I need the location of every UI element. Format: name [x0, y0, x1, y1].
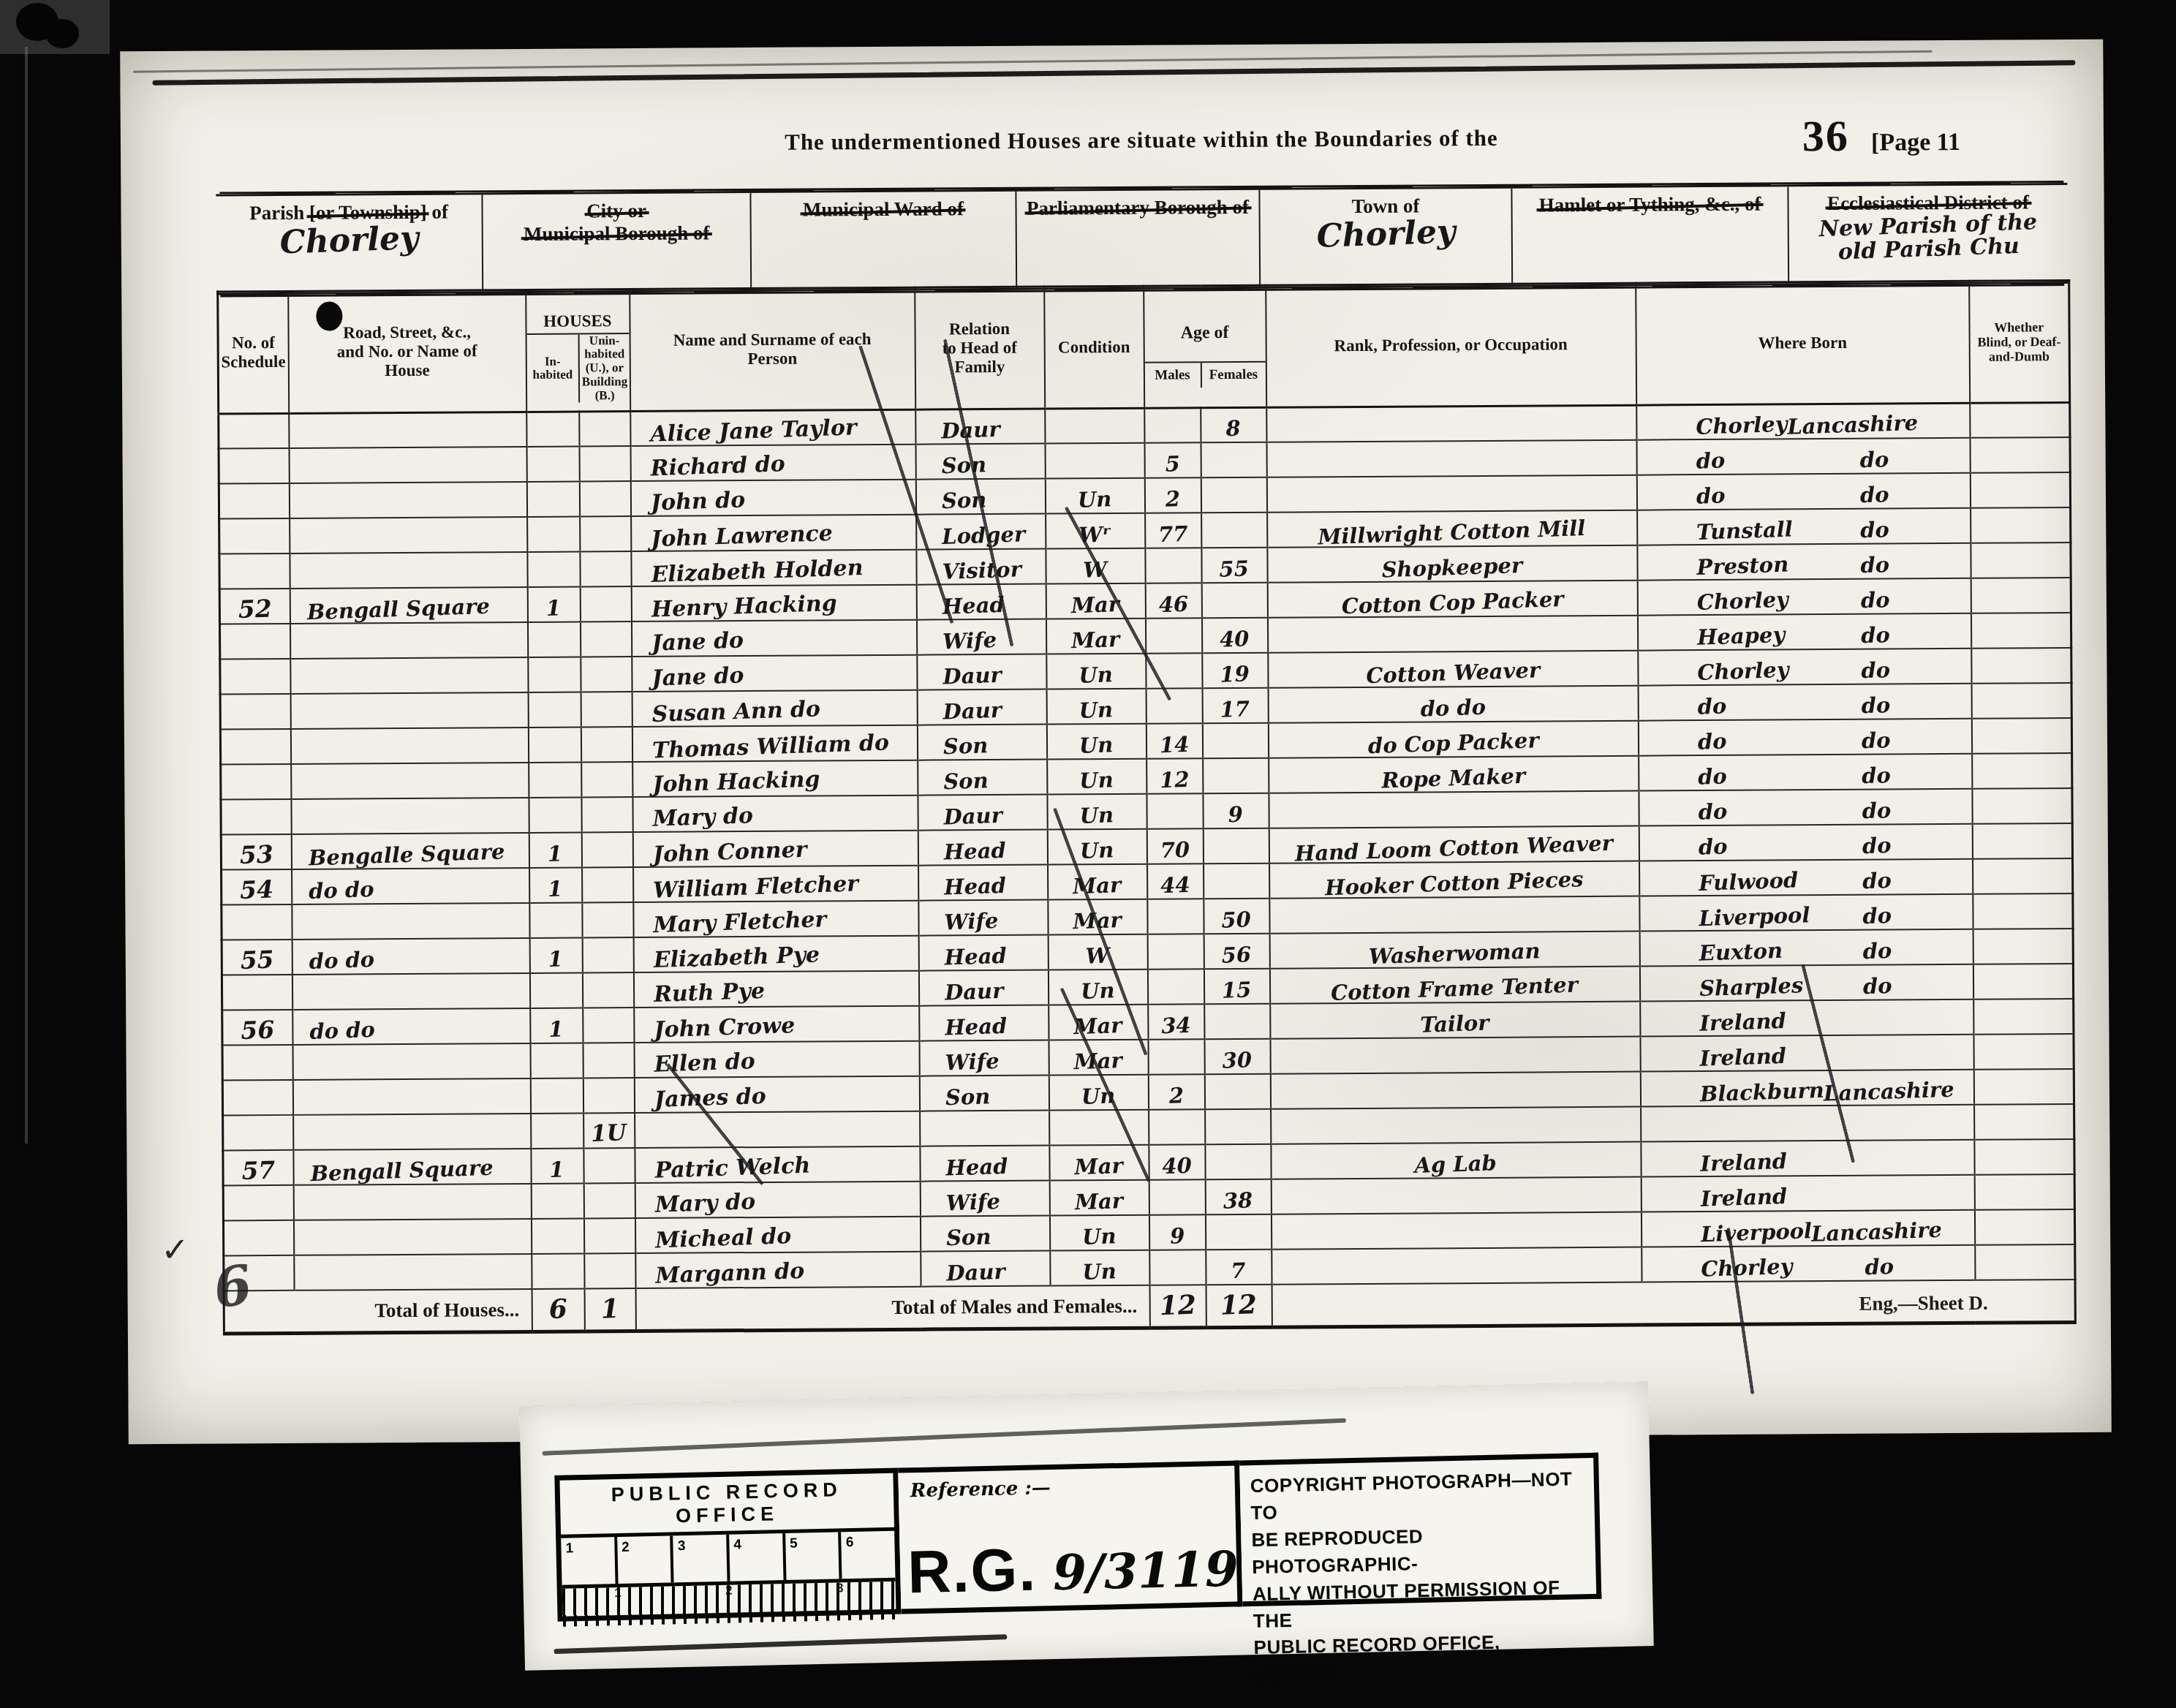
age-male-cell: 9 [1149, 1214, 1205, 1250]
name-cell-value: Henry Hacking [651, 593, 837, 624]
occupation-cell: Hooker Cotton Pieces [1269, 861, 1639, 899]
uninhabited-cell [582, 937, 633, 972]
schedule-cell [219, 624, 290, 660]
age-female-cell-value: 19 [1220, 663, 1250, 687]
born-value: Liverpool [1700, 1220, 1812, 1247]
condition-cell-value: Un [1082, 1225, 1117, 1250]
age-female-cell [1203, 828, 1269, 864]
schedule-cell [223, 1185, 293, 1221]
census-table-body: Alice Jane TaylorDaur8ChorleyLancashireR… [219, 402, 2075, 1291]
uninhabited-cell [583, 1218, 635, 1253]
uninhabited-cell [581, 692, 632, 727]
born-cell: Ireland [1641, 1175, 1974, 1212]
street-cell [291, 763, 529, 799]
relation-cell: Wife [919, 1040, 1049, 1076]
inhabited-cell [532, 1253, 584, 1288]
name-cell-value: William Fletcher [652, 873, 858, 904]
born-value: Lancashire [1786, 412, 1918, 440]
born-value: do [1697, 695, 1727, 719]
uninhabited-cell-value: 1U [591, 1122, 627, 1148]
name-cell-value: John Hacking [651, 768, 820, 798]
age-female-cell-value: 40 [1220, 628, 1250, 652]
name-cell-value: Margann do [654, 1261, 804, 1290]
age-male-cell: 46 [1145, 583, 1201, 618]
age-female-cell-value: 17 [1220, 698, 1250, 722]
infirm-cell [1973, 858, 2073, 894]
age-female-cell: 9 [1203, 793, 1269, 829]
name-cell: Jane do [631, 620, 916, 657]
ruler-inch-segment: 6 [841, 1531, 895, 1579]
born-value: do [1697, 730, 1727, 755]
infirm-cell [1970, 402, 2070, 438]
label-text: of [427, 201, 448, 223]
relation-cell [920, 1111, 1049, 1146]
occupation-cell: do Cop Packer [1268, 721, 1638, 758]
relation-cell-value: Daur [942, 700, 1002, 725]
relation-cell-value: Head [944, 945, 1007, 971]
born-value: do [1862, 835, 1892, 859]
name-cell-value: Susan Ann do [651, 698, 820, 728]
born-value: Tunstall [1696, 519, 1793, 545]
name-cell-value: Alice Jane Taylor [649, 417, 856, 448]
census-form-page: The undermentioned Houses are situate wi… [120, 39, 2112, 1445]
reference-number: 9/3119 [1052, 1540, 1239, 1601]
uninhabited-cell [581, 797, 632, 832]
infirm-cell [1971, 683, 2071, 719]
age-male-cell [1147, 934, 1204, 969]
col-header-inhabited: In- habited [526, 334, 579, 403]
district-handwritten-value: Chorley [1316, 217, 1456, 252]
born-value: Liverpool [1698, 904, 1810, 932]
infirm-cell [1973, 1069, 2074, 1105]
condition-cell-value: Un [1079, 769, 1114, 794]
born-value: Ireland [1700, 1151, 1787, 1177]
name-cell-value: Mary Fletcher [653, 909, 827, 939]
occupation-cell-value: Cotton Cop Packer [1341, 589, 1564, 619]
occupation-cell: Rope Maker [1269, 756, 1639, 793]
name-cell [635, 1111, 920, 1148]
ink-blob [45, 19, 79, 48]
born-value: Blackburn [1699, 1080, 1824, 1108]
relation-cell: Daur [921, 1251, 1050, 1287]
born-values: dodo [1639, 835, 1971, 861]
district-box: Hamlet or Tything, &c., of [1511, 186, 1788, 284]
relation-cell: Wife [918, 900, 1048, 936]
name-cell: Mary do [632, 796, 918, 832]
relation-cell-value: Wife [945, 1191, 1000, 1217]
col-header-occupation: Rank, Profession, or Occupation [1266, 283, 1636, 407]
relation-cell-value: Son [945, 1086, 990, 1111]
born-cell: dodo [1639, 754, 1972, 791]
street-cell [290, 622, 527, 659]
inhabited-cell-value: 1 [548, 1019, 564, 1043]
age-female-cell: 7 [1206, 1250, 1272, 1285]
occupation-cell [1270, 1037, 1640, 1074]
name-cell: Mary Fletcher [633, 901, 918, 937]
col-header-infirm: Whether Blind, or Deaf- and-Dumb [1969, 281, 2070, 403]
age-male-cell-value: 12 [1160, 769, 1190, 793]
name-cell: James do [634, 1076, 919, 1113]
name-cell: Mary do [635, 1182, 920, 1218]
occupation-cell: do do [1268, 686, 1638, 723]
born-values: LiverpoolLancashire [1642, 1221, 1974, 1247]
born-value: Lancashire [1811, 1220, 1943, 1247]
relation-cell-value: Daur [940, 419, 1000, 445]
street-cell [290, 657, 528, 694]
inhabited-cell [529, 972, 582, 1008]
age-female-cell: 15 [1204, 969, 1269, 1005]
infirm-cell [1972, 788, 2072, 824]
census-scan-canvas: The undermentioned Houses are situate wi… [0, 0, 2176, 1708]
born-values: dodo [1637, 484, 1969, 510]
street-cell [290, 552, 527, 589]
infirm-cell [1973, 964, 2073, 1000]
age-male-cell [1145, 618, 1201, 653]
schedule-cell: 54 [222, 869, 292, 905]
born-value: Ireland [1699, 1046, 1786, 1072]
inhabited-cell [531, 1183, 583, 1218]
inhabited-cell-value: 1 [548, 843, 563, 867]
street-cell: do do [292, 1008, 530, 1045]
relation-cell: Head [918, 830, 1047, 866]
relation-cell: Lodger [916, 514, 1046, 550]
uninhabited-cell [582, 867, 633, 902]
born-value: Chorley [1696, 660, 1788, 686]
born-value: do [1860, 624, 1890, 649]
occupation-cell-value: Cotton Weaver [1366, 660, 1541, 689]
ruler-inches: 123456 [561, 1527, 896, 1589]
occupation-cell: Millwright Cotton Mill [1267, 510, 1637, 548]
total-males: 12 [1149, 1285, 1206, 1327]
occupation-cell [1266, 440, 1636, 477]
ruler-cm-number: 1 [614, 1586, 622, 1601]
col-header-houses: HOUSES In- habited Unin- habited (U.), o… [526, 290, 630, 412]
street-cell [290, 728, 528, 764]
uninhabited-cell [583, 1148, 635, 1183]
born-cell: Prestondo [1637, 543, 1971, 581]
street-cell [294, 1254, 532, 1291]
inhabited-cell [530, 1043, 583, 1078]
district-row: Parish [or Township] ofChorleyCity orMun… [216, 183, 2068, 295]
condition-cell-value: Un [1078, 488, 1112, 513]
relation-cell: Head [918, 935, 1048, 971]
uninhabited-cell [579, 481, 630, 516]
name-cell: Henry Hacking [631, 585, 916, 621]
condition-cell: Wʳ [1046, 513, 1145, 549]
born-value: do [1862, 905, 1892, 929]
condition-cell: Un [1047, 759, 1146, 795]
infirm-cell [1971, 718, 2071, 754]
inhabited-cell [526, 446, 579, 481]
age-female-cell [1204, 1004, 1270, 1040]
age-male-cell: 2 [1144, 477, 1201, 513]
relation-cell: Son [915, 444, 1045, 480]
schedule-cell [219, 553, 290, 589]
relation-cell-value: Wife [945, 1051, 1000, 1076]
schedule-cell [223, 1220, 293, 1256]
age-female-cell [1204, 1074, 1270, 1110]
condition-cell: Mar [1048, 864, 1147, 900]
street-cell-value: do do [308, 879, 374, 904]
born-values: dodo [1639, 730, 1971, 755]
age-male-cell [1147, 969, 1204, 1004]
total-inhabited: 6 [532, 1288, 584, 1331]
age-female-cell [1204, 864, 1269, 899]
name-cell: John Crowe [634, 1006, 919, 1043]
born-values: ChorleyLancashire [1637, 414, 1969, 439]
district-box-label: Parliamentary Borough of [1016, 196, 1258, 220]
inhabited-cell: 1 [529, 867, 582, 902]
condition-cell: Un [1046, 689, 1146, 725]
street-cell: Bengall Square [293, 1149, 531, 1185]
age-male-cell: 44 [1147, 864, 1204, 899]
age-female-cell: 30 [1204, 1039, 1270, 1075]
occupation-cell [1272, 1247, 1642, 1285]
inhabited-cell [528, 692, 581, 727]
condition-cell-value: Un [1082, 1261, 1117, 1285]
born-values: Prestondo [1638, 554, 1970, 580]
inhabited-cell [527, 551, 580, 586]
relation-cell: Daur [918, 970, 1048, 1006]
occupation-cell: Washerwoman [1269, 932, 1639, 969]
infirm-cell [1971, 613, 2071, 649]
born-cell: dodo [1639, 824, 1972, 861]
street-cell [292, 1078, 530, 1115]
uninhabited-cell [581, 832, 632, 867]
age-male-cell-value: 40 [1162, 1155, 1192, 1179]
born-value: do [1865, 1256, 1894, 1280]
age-female-cell-value: 9 [1228, 804, 1243, 828]
infirm-cell [1972, 753, 2072, 789]
age-male-cell [1147, 899, 1204, 934]
inhabited-cell [531, 1218, 583, 1253]
age-female-cell [1201, 583, 1267, 619]
schedule-cell [222, 1045, 292, 1081]
born-cell: Euxtondo [1639, 929, 1973, 967]
name-cell-value: Mary do [652, 805, 753, 833]
infirm-cell [1975, 1244, 2075, 1280]
born-value: do [1698, 836, 1728, 860]
age-male-cell: 5 [1144, 442, 1201, 477]
occupation-cell [1271, 1107, 1641, 1144]
relation-cell-value: Visitor [942, 559, 1021, 585]
born-value: Sharples [1699, 975, 1803, 1002]
name-cell-value: Mary do [654, 1191, 755, 1219]
uninhabited-cell [579, 446, 630, 481]
age-male-cell-value: 34 [1161, 1015, 1191, 1039]
houses-label: HOUSES [526, 309, 629, 335]
street-cell [289, 482, 526, 518]
age-female-cell [1201, 513, 1267, 548]
district-box-label: Municipal Borough of [483, 222, 750, 246]
born-value: do [1860, 554, 1890, 578]
col-header-condition: Condition [1044, 286, 1144, 408]
condition-cell: Un [1048, 970, 1147, 1005]
uninhabited-cell [580, 586, 631, 621]
inhabited-cell [529, 902, 582, 937]
age-female-cell: 50 [1204, 899, 1269, 934]
schedule-cell [222, 975, 292, 1010]
age-male-cell [1149, 1250, 1206, 1285]
infirm-cell [1974, 1209, 2074, 1245]
schedule-cell [220, 729, 290, 765]
page-number-label: [Page 11 [1871, 129, 1960, 156]
relation-cell-value: Son [945, 1226, 991, 1251]
district-box: Town ofChorley [1258, 189, 1511, 287]
infirm-cell [1974, 1174, 2074, 1210]
age-male-cell [1149, 1179, 1205, 1214]
age-male-cell: 40 [1149, 1144, 1205, 1179]
col-header-females: Females [1200, 362, 1265, 388]
born-cell: Heapeydo [1637, 613, 1971, 651]
age-male-cell: 70 [1146, 828, 1203, 864]
street-cell: do do [292, 938, 529, 975]
age-male-cell: 2 [1148, 1074, 1204, 1109]
schedule-cell [223, 1115, 293, 1151]
relation-cell-value: Daur [943, 805, 1002, 831]
col-header-relation: Relation to Head of Family [915, 287, 1045, 409]
occupation-cell-value: Cotton Frame Tenter [1331, 974, 1579, 1005]
born-values: dodo [1639, 695, 1971, 720]
name-cell: Margann do [635, 1252, 921, 1288]
ruler-cm-number: 2 [725, 1584, 733, 1598]
name-cell-value: Ruth Pye [653, 980, 765, 1008]
born-value: Ireland [1699, 1010, 1786, 1037]
name-cell: Ruth Pye [633, 971, 918, 1008]
infirm-cell [1974, 1139, 2074, 1175]
born-value: Chorley [1696, 589, 1788, 616]
born-value: do [1862, 975, 1892, 1000]
condition-cell-value: Un [1079, 699, 1114, 724]
born-values: Chorleydo [1638, 589, 1970, 615]
ruler-inch-segment: 1 [561, 1537, 618, 1585]
name-cell-value: Jane do [651, 630, 744, 657]
born-values: Ireland [1641, 1046, 1973, 1071]
born-value: Preston [1696, 554, 1789, 581]
age-female-cell-value: 15 [1222, 979, 1252, 1003]
occupation-cell [1267, 616, 1637, 653]
age-female-cell-value: 8 [1225, 418, 1241, 442]
schedule-cell-value: 54 [239, 877, 273, 904]
relation-cell: Head [920, 1146, 1049, 1182]
name-cell: Elizabeth Holden [631, 550, 916, 586]
relation-cell-value: Head [944, 1016, 1007, 1041]
condition-cell-value: Un [1079, 804, 1114, 829]
name-cell-value: Richard do [650, 453, 785, 482]
street-cell [293, 1184, 531, 1220]
born-cell: Chorleydo [1642, 1245, 1975, 1282]
district-box: Ecclesiastical District ofNew Parish of … [1787, 185, 2068, 283]
condition-cell-value: Un [1078, 664, 1113, 689]
ink-blot [316, 301, 342, 330]
uninhabited-cell [580, 516, 631, 551]
uninhabited-cell: 1U [583, 1113, 635, 1148]
born-value [1893, 1187, 1894, 1210]
born-value: do [1697, 766, 1727, 790]
struck-label-text: Hamlet or Tything, &c., of [1539, 193, 1761, 216]
born-value: Heapey [1696, 624, 1785, 651]
born-values: Ireland [1641, 1010, 1973, 1036]
col-header-born: Where Born [1636, 281, 1970, 404]
street-cell-value: Bengall Square [306, 596, 490, 625]
copyright-box: COPYRIGHT PHOTOGRAPH—NOT TO BE REPRODUCE… [1239, 1453, 1601, 1607]
inhabited-cell [526, 481, 579, 516]
born-values: Euxtondo [1640, 940, 1972, 966]
born-cell: Ireland [1641, 1140, 1974, 1177]
born-value [1892, 1152, 1893, 1175]
age-male-cell-value: 44 [1160, 874, 1190, 899]
name-cell: Susan Ann do [632, 690, 917, 727]
uninhabited-cell [583, 1043, 634, 1078]
name-cell: Richard do [630, 445, 915, 481]
schedule-cell-value: 56 [241, 1017, 275, 1045]
schedule-cell: 56 [222, 1010, 292, 1046]
uninhabited-cell [583, 1183, 635, 1218]
inhabited-cell: 1 [529, 937, 582, 972]
label-text: Parish [249, 202, 309, 224]
condition-cell-value: Un [1081, 980, 1115, 1005]
col-header-uninhabited: Unin- habited (U.), or Building (B.) [578, 334, 630, 403]
occupation-cell: Cotton Weaver [1268, 651, 1638, 688]
infirm-cell [1971, 648, 2071, 684]
hand-rule-line [152, 60, 2075, 86]
schedule-cell [219, 483, 289, 519]
born-value: do [1860, 589, 1890, 613]
relation-cell: Head [919, 1005, 1049, 1041]
col-header-males: Males [1144, 363, 1200, 388]
name-cell: John Lawrence [631, 515, 916, 551]
occupation-cell: Hand Loom Cotton Weaver [1269, 826, 1639, 864]
ruler-cm-number: 3 [836, 1581, 844, 1595]
born-cell: ChorleyLancashire [1636, 403, 1970, 440]
schedule-cell [222, 1080, 292, 1116]
condition-cell-value: Un [1079, 734, 1114, 759]
relation-cell-value: Lodger [941, 524, 1025, 550]
occupation-cell [1269, 791, 1639, 828]
inhabited-cell [531, 1113, 583, 1148]
uninhabited-cell [580, 621, 631, 657]
schedule-cell-value: 52 [238, 596, 272, 624]
street-cell [292, 973, 529, 1010]
relation-cell: Daur [917, 654, 1046, 690]
ruler-inch-segment: 4 [729, 1533, 786, 1582]
infirm-cell [1971, 543, 2071, 578]
age-female-cell-value: 56 [1222, 944, 1252, 968]
age-male-cell [1144, 407, 1201, 442]
name-cell-value: Micheal do [654, 1225, 791, 1254]
pro-office-label: PUBLIC RECORD OFFICE [559, 1473, 894, 1530]
inhabited-cell-value: 1 [548, 878, 563, 902]
born-cell: BlackburnLancashire [1640, 1070, 1973, 1107]
schedule-cell [220, 694, 290, 730]
age-female-cell [1202, 723, 1268, 759]
age-male-cell-value: 77 [1158, 524, 1188, 548]
occupation-cell-value: Tailor [1420, 1013, 1489, 1038]
schedule-cell-value: 57 [241, 1157, 276, 1185]
age-male-cell-value: 70 [1160, 839, 1190, 864]
infirm-cell [1970, 437, 2070, 473]
infirm-cell [1973, 1034, 2074, 1070]
age-male-cell-value: 9 [1170, 1225, 1185, 1250]
inhabited-cell [529, 797, 581, 832]
total-uninhabited: 1 [584, 1288, 635, 1331]
uninhabited-cell [583, 1008, 634, 1043]
condition-cell-value: Mar [1074, 1155, 1123, 1180]
age-male-cell-value: 2 [1165, 488, 1180, 513]
age-female-cell [1205, 1109, 1271, 1145]
name-cell: Thomas William do [632, 725, 917, 762]
relation-cell-value: Daur [945, 1261, 1005, 1287]
